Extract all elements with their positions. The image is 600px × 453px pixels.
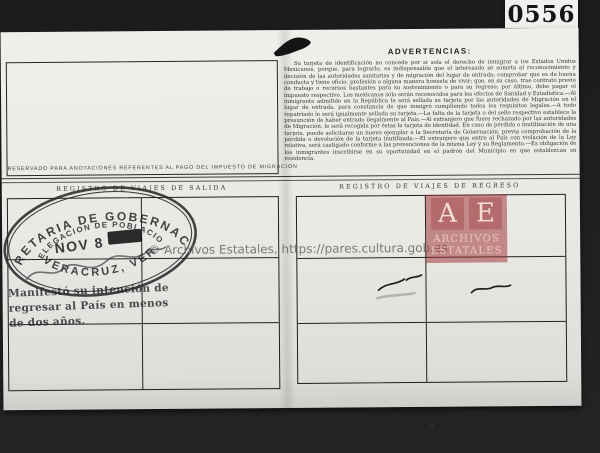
logo-text-line: ESTATALES <box>431 245 503 257</box>
logo-letter-a: A <box>431 198 464 230</box>
reserved-box-caption: RESERVADO PARA ANOTACIONES REFERENTES AL… <box>8 164 278 172</box>
copyright-watermark: © Archivos Estatales, https://pares.cult… <box>148 241 468 258</box>
document-paper: RESERVADO PARA ANOTACIONES REFERENTES AL… <box>1 28 582 411</box>
archive-id-badge: 0556 <box>505 0 578 28</box>
logo-letter-e: E <box>469 197 502 229</box>
advertencias-title: ADVERTENCIAS: <box>284 46 576 57</box>
return-intent-note: Manifestó su intención de regresar al Pa… <box>8 280 189 331</box>
handwritten-mark <box>374 272 424 302</box>
advertencias-section: ADVERTENCIAS: Su tarjeta de identificaci… <box>284 46 577 177</box>
ink-blot-year <box>107 229 142 245</box>
logo-text-line: ARCHIVOS <box>433 233 500 245</box>
reserved-annotations-box: RESERVADO PARA ANOTACIONES REFERENTES AL… <box>6 60 279 176</box>
scan-background: 0556 RESERVADO PARA ANOTACIONES REFERENT… <box>0 0 600 453</box>
archivos-estatales-logo: A E ARCHIVOS ESTATALES <box>426 194 508 263</box>
regreso-table-header: REGISTRO DE VIAJES DE REGRESO <box>296 181 564 193</box>
advertencias-body: Su tarjeta de identificación no concede … <box>284 59 577 177</box>
handwritten-mark <box>468 280 512 298</box>
archive-id-number: 0556 <box>507 3 575 26</box>
table-grid-line <box>298 321 566 324</box>
